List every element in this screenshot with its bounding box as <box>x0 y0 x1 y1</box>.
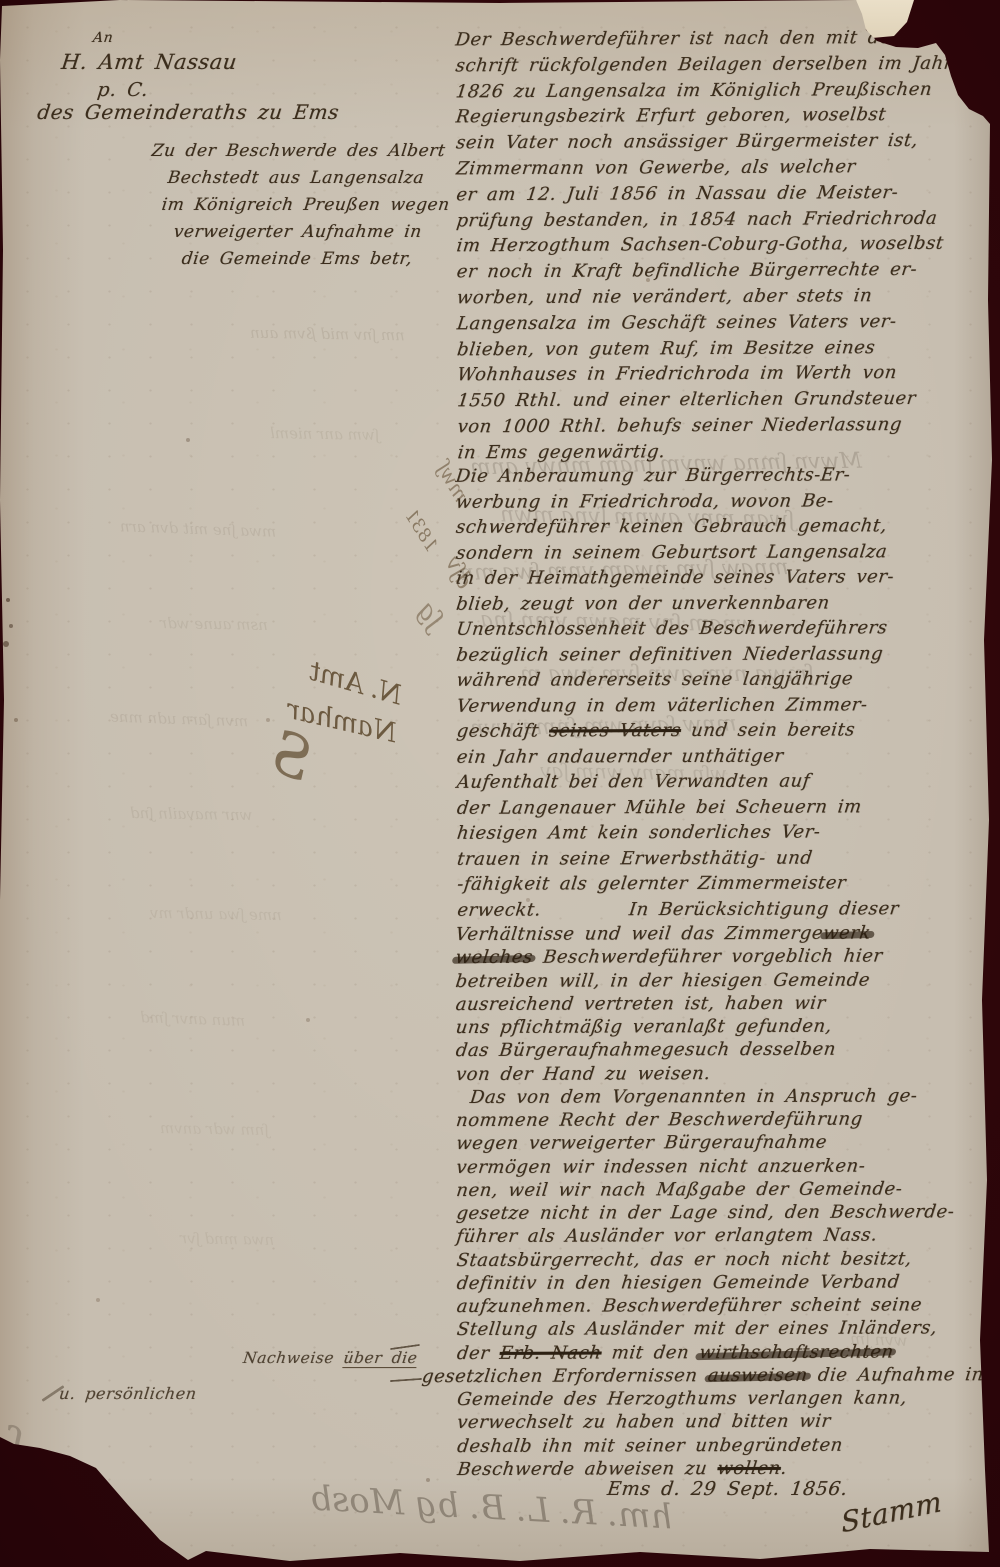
handwritten-line: welches Beschwerdeführer vorgeblich hier <box>454 944 1000 969</box>
handwritten-line: ausreichend vertreten ist, haben wir <box>454 991 1000 1016</box>
handwritten-line: vermögen wir indessen nicht anzuerken- <box>455 1153 1000 1178</box>
bleedthrough-mark: ʃg <box>411 597 449 634</box>
handwritten-segment: im Königreich Preußen wegen <box>160 195 450 215</box>
handwritten-segment: Beschwerdeführer vorgeblich hier <box>532 946 884 968</box>
handwritten-line: aufzunehmen. Beschwerdeführer scheint se… <box>455 1293 1000 1318</box>
handwritten-segment: seines Vaters <box>548 720 682 741</box>
bleedthrough-mark: ʃ <box>4 1419 29 1471</box>
bleedthrough-mark: S <box>260 717 324 795</box>
bleedthrough-mark: mvn ʃarn udn mne <box>110 708 249 731</box>
handwritten-segment: gesetzlichen Erfordernissen <box>421 1365 709 1387</box>
handwritten-line: ein Jahr andauernder unthätiger <box>455 743 900 770</box>
handwritten-line: schrift rückfolgenden Beilagen derselben… <box>454 50 960 78</box>
handwritten-segment: Erb. Nach <box>498 1342 602 1363</box>
handwritten-line: Zu der Beschwerde des Albert <box>150 138 451 165</box>
body-paragraph-2: Die Anberaumung zur Bürgerrechts-Er-werb… <box>454 462 897 923</box>
handwritten-line: der Langenauer Mühle bei Scheuern im <box>455 794 900 821</box>
handwritten-segment: über die <box>342 1349 418 1367</box>
handwritten-line: er am 12. Juli 1856 in Nassau die Meiste… <box>455 179 961 207</box>
bleedthrough-mark: mwa ʃne mit dvn arn <box>120 517 277 540</box>
dateline: Ems d. 29 Sept. 1856. <box>606 1478 846 1500</box>
handwritten-line: 1826 zu Langensalza im Königlich Preußis… <box>454 76 960 104</box>
body-paragraph-3: Verhältnisse und weil das Zimmergewerkwe… <box>454 921 1000 1481</box>
handwritten-line: die Gemeinde Ems betr, <box>180 246 451 273</box>
handwritten-line: nen, weil wir nach Maßgabe der Gemeinde- <box>455 1177 1000 1202</box>
handwritten-line: Nachweise über die <box>242 1349 419 1367</box>
recipient-council: des Gemeinderaths zu Ems <box>36 100 338 124</box>
handwritten-line: gesetzlichen Erfordernissen ausweisen di… <box>421 1363 1000 1388</box>
handwritten-line: schwerdeführer keinen Gebrauch gemacht, <box>454 513 899 540</box>
handwritten-line: Aufenthalt bei den Verwandten auf <box>455 768 900 795</box>
handwritten-line: hiesigen Amt kein sonderliches Ver- <box>456 819 901 846</box>
margin-note-legal: Nachweise über die <box>242 1349 416 1367</box>
handwritten-line: erweckt.In Berücksichtigung dieser <box>456 896 901 923</box>
bleedthrough-mark: nsm aune wdr <box>160 614 268 634</box>
handwritten-segment: Nachweise <box>242 1349 345 1367</box>
handwritten-line: verweigerter Aufnahme in <box>172 219 451 246</box>
handwritten-segment: wollen <box>716 1458 782 1479</box>
handwritten-segment: Beschwerde abweisen zu <box>456 1458 719 1480</box>
handwritten-line: Zimmermann von Gewerbe, als welcher <box>455 154 961 182</box>
recipient-pc: p. C. <box>96 79 147 101</box>
handwritten-line: Regierungsbezirk Erfurt geboren, woselbs… <box>454 102 960 130</box>
handwritten-segment: mit den <box>600 1342 700 1363</box>
handwritten-segment: geschäft <box>455 720 550 741</box>
handwritten-segment: In Berücksichtigung dieser <box>628 898 900 920</box>
handwritten-line: wegen verweigerter Bürgeraufnahme <box>455 1130 1000 1155</box>
handwritten-line: der Erb. Nach mit den wirthschaftsrechte… <box>456 1339 1000 1364</box>
handwritten-line: von 1000 Rthl. behufs seiner Niederlassu… <box>456 412 962 440</box>
bleedthrough-mark: nme ʃwa undr mv <box>150 904 282 924</box>
bleedthrough-mark: wnr mavailn ʃnd <box>130 804 253 824</box>
handwritten-line: geschäft seines Vaters und sein bereits <box>455 717 900 744</box>
margin-note-personal: u. persönlichen <box>58 1384 196 1403</box>
recipient-an: An <box>92 30 112 46</box>
handwritten-line: deshalb ihn mit seiner unbegründeten <box>456 1432 1000 1457</box>
handwritten-segment: werk <box>822 923 872 944</box>
paper-sheet: nm ʃnv mid ßvm aunʃwm anr niemlmwa ʃne m… <box>0 0 1000 1567</box>
handwritten-segment: welches <box>454 947 534 968</box>
body-paragraph-1: Der Beschwerdeführer ist nach den mit de… <box>454 25 959 466</box>
handwritten-line: führer als Ausländer vor erlangtem Nass. <box>455 1223 1000 1248</box>
handwritten-segment: verweigerter Aufnahme in <box>172 222 423 242</box>
handwritten-line: Die Anberaumung zur Bürgerrechts-Er- <box>454 462 899 489</box>
handwritten-line: worben, und nie verändert, aber stets in <box>455 283 961 311</box>
handwritten-line: im Herzogthum Sachsen-Coburg-Gotha, wose… <box>455 231 961 259</box>
handwritten-segment: und sein bereits <box>680 719 857 741</box>
bleedthrough-mark: mun anvr ʃmd <box>140 1008 246 1030</box>
bleedthrough-mark: nwa mnd ʃvr <box>180 1229 274 1249</box>
handwritten-line: betreiben will, in der hiesigen Gemeinde <box>454 967 1000 992</box>
handwritten-line: von der Hand zu weisen. <box>455 1060 1000 1085</box>
bleedthrough-mark: 1831 <box>400 506 442 556</box>
recipient-office: H. Amt Nassau <box>60 50 236 74</box>
handwritten-line: -fähigkeit als gelernter Zimmermeister <box>456 870 901 897</box>
subject-annotation: Zu der Beschwerde des AlbertBechstedt au… <box>150 138 448 273</box>
handwritten-line: Gemeinde des Herzogthums verlangen kann, <box>456 1386 1000 1411</box>
handwritten-line: Langensalza im Geschäft seines Vaters ve… <box>455 308 961 336</box>
handwritten-line: während andererseits seine langjährige <box>455 666 900 693</box>
handwritten-segment: wirthschaftsrechten <box>698 1341 895 1363</box>
handwritten-line: verwechselt zu haben und bitten wir <box>456 1409 1000 1434</box>
document-photo: nm ʃnv mid ßvm aunʃwm anr niemlmwa ʃne m… <box>0 0 1000 1567</box>
handwritten-line: Stellung als Ausländer mit der eines Inl… <box>455 1316 1000 1341</box>
handwritten-line: trauen in seine Erwerbsthätig- und <box>456 845 901 872</box>
handwritten-segment: die Gemeinde Ems betr, <box>180 249 413 269</box>
handwritten-line: werbung in Friedrichroda, wovon Be- <box>454 488 899 515</box>
handwritten-segment: Das von dem Vorgenannten in Anspruch ge- <box>469 1085 919 1108</box>
handwritten-segment: Bechstedt aus Langensalza <box>166 168 425 188</box>
handwritten-segment: der <box>456 1342 501 1363</box>
handwritten-line: 1550 Rthl. und einer elterlichen Grundst… <box>456 386 962 414</box>
handwritten-segment: Verhältnisse und weil das Zimmerge <box>454 923 824 945</box>
handwritten-line: in der Heimathgemeinde seines Vaters ver… <box>455 564 900 591</box>
bleedthrough-mark: nm ʃnv mid ßvm aun <box>250 324 405 345</box>
handwritten-line: blieben, von gutem Ruf, im Besitze eines <box>456 334 962 362</box>
handwritten-line: Staatsbürgerrecht, das er noch nicht bes… <box>455 1246 1000 1271</box>
handwritten-line: sondern in seinem Geburtsort Langensalza <box>455 539 900 566</box>
handwritten-line: Das von dem Vorgenannten in Anspruch ge- <box>469 1084 1000 1109</box>
handwritten-segment: erweckt. <box>456 899 542 920</box>
handwritten-segment: die Aufnahme in jede <box>806 1364 1000 1386</box>
handwritten-line: Unentschlossenheit des Beschwerdeführers <box>455 615 900 642</box>
handwritten-line: Verhältnisse und weil das Zimmergewerk <box>454 921 1000 946</box>
handwritten-line: das Bürgeraufnahmegesuch desselben <box>455 1037 1000 1062</box>
handwritten-line: sein Vater noch ansässiger Bürgermeister… <box>455 128 961 156</box>
handwritten-line: gesetze nicht in der Lage sind, den Besc… <box>455 1200 1000 1225</box>
bleedthrough-mark: ʃwm anr nieml <box>270 424 379 444</box>
handwritten-line: prüfung bestanden, in 1854 nach Friedric… <box>455 205 961 233</box>
handwritten-line: Bechstedt aus Langensalza <box>166 165 451 192</box>
handwritten-line: Wohnhauses in Friedrichroda im Werth von <box>456 360 962 388</box>
handwritten-line: Verwendung in dem väterlichen Zimmer- <box>455 692 900 719</box>
handwritten-line: definitiv in den hiesigen Gemeinde Verba… <box>455 1270 1000 1295</box>
handwritten-line: im Königreich Preußen wegen <box>160 192 451 219</box>
handwritten-line: blieb, zeugt von der unverkennbaren <box>455 590 900 617</box>
handwritten-line: er noch in Kraft befindliche Bürgerrecht… <box>455 257 961 285</box>
bleedthrough-mark: ʃnm wdr anvm <box>160 1119 269 1139</box>
handwritten-line: uns pflichtmäßig veranlaßt gefunden, <box>454 1014 1000 1039</box>
handwritten-segment: ausweisen <box>707 1365 809 1386</box>
handwritten-line: bezüglich seiner definitiven Niederlassu… <box>455 641 900 668</box>
handwritten-line: nommene Recht der Beschwerdeführung <box>455 1107 1000 1132</box>
